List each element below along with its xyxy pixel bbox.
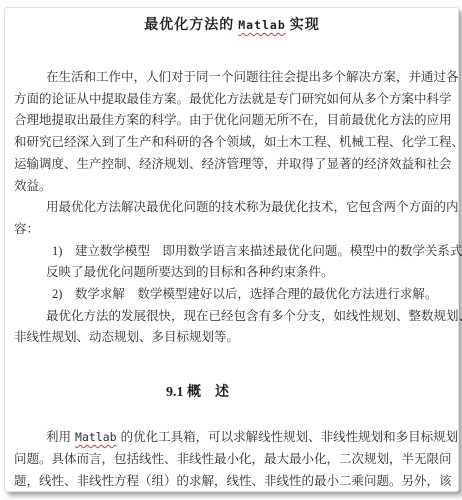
document-canvas: 最优化方法的Matlab实现 在生活和工作中，人们对于同一个问题往往会提出多个解… bbox=[0, 0, 462, 500]
title-text-post: 实现 bbox=[290, 16, 320, 32]
list-item-line: 1) 建立数学模型 即用数学语言来描述最优化问题。模型中的数学关系式 bbox=[14, 241, 450, 263]
paragraph-line: 方面的论证从中提取最佳方案。最优化方法就是专门研究如何从多个方案中科学 bbox=[14, 89, 450, 111]
paragraph-line: 和研究已经深入到了生产和科研的各个领域，如土木工程、机械工程、化学工程、 bbox=[14, 132, 450, 154]
title-keyword-matlab: Matlab bbox=[238, 18, 286, 32]
section-heading: 9.1 概 述 bbox=[14, 382, 450, 404]
document-body: 在生活和工作中，人们对于同一个问题往往会提出多个解决方案，并通过各 方面的论证从… bbox=[14, 67, 450, 492]
paragraph-line: 非线性规划、动态规划、多目标规划等。 bbox=[14, 327, 450, 349]
paragraph-line: 效益。 bbox=[14, 176, 450, 198]
paragraph-line: 最优化方法的发展很快，现在已经包含有多个分支，如线性规划、整数规划、 bbox=[14, 306, 450, 328]
list-item-line: 反映了最优化问题所要达到的目标和各种约束条件。 bbox=[14, 262, 450, 284]
paragraph-line: 合理地提取出最佳方案的科学。由于优化问题无所不在，目前最优化方法的应用 bbox=[14, 110, 450, 132]
document-page: 最优化方法的Matlab实现 在生活和工作中，人们对于同一个问题往往会提出多个解… bbox=[4, 7, 459, 492]
paragraph-line: 在生活和工作中，人们对于同一个问题往往会提出多个解决方案，并通过各 bbox=[14, 67, 450, 89]
paragraph-line: 利用Matlab的优化工具箱，可以求解线性规划、非线性规划和多目标规划 bbox=[14, 427, 450, 449]
paragraph-text-pre: 利用 bbox=[46, 430, 71, 444]
paragraph-line: 用最优化方法解决最优化问题的技术称为最优化技术，它包含两个方面的内 bbox=[14, 197, 450, 219]
paragraph-text-post: 的优化工具箱，可以求解线性规划、非线性规划和多目标规划 bbox=[121, 430, 459, 444]
title-text-pre: 最优化方法的 bbox=[144, 16, 234, 32]
list-item-line: 2) 数学求解 数学模型建好以后，选择合理的最优化方法进行求解。 bbox=[14, 284, 450, 306]
paragraph-keyword-matlab: Matlab bbox=[75, 430, 117, 444]
overview-paragraph: 利用Matlab的优化工具箱，可以求解线性规划、非线性规划和多目标规划 问题。具… bbox=[14, 427, 450, 492]
paragraph-line: 运输调度、生产控制、经济规划、经济管理等，并取得了显著的经济效益和社会 bbox=[14, 154, 450, 176]
paragraph-line: 问题。具体而言，包括线性、非线性最小化，最大最小化，二次规划，半无限问 bbox=[14, 449, 450, 471]
document-title: 最优化方法的Matlab实现 bbox=[14, 14, 450, 35]
paragraph-line: 容： bbox=[14, 219, 450, 241]
paragraph-line: 题，线性、非线性方程（组）的求解，线性、非线性的最小二乘问题。另外，该 bbox=[14, 471, 450, 493]
